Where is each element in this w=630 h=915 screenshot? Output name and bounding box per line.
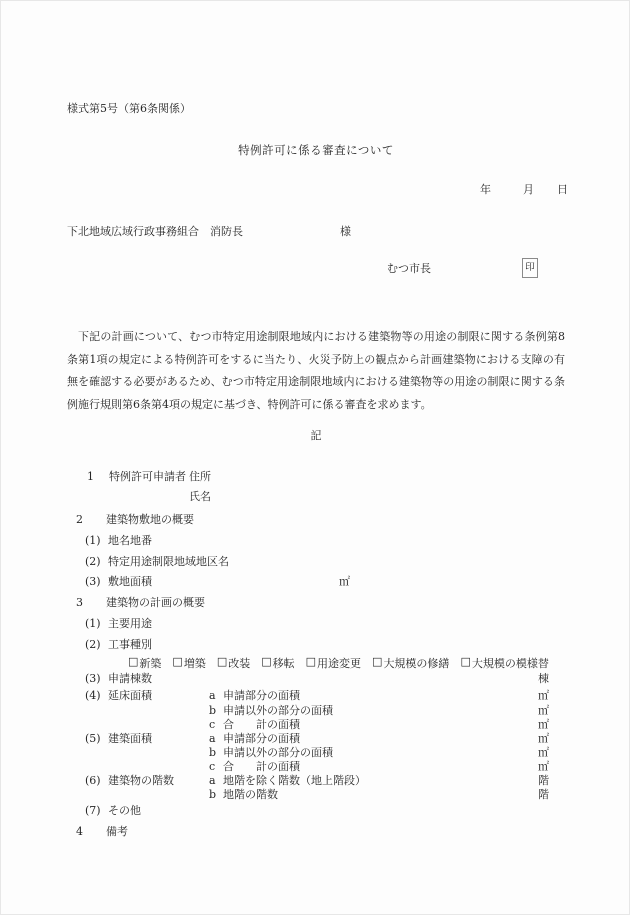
row-key: b <box>209 746 216 760</box>
checkbox-zouchiku-icon[interactable]: □ <box>172 655 182 671</box>
building-count-unit: 棟 <box>538 672 549 686</box>
row-label: 申請部分の面積 <box>223 689 300 703</box>
checkbox-iten-icon[interactable]: □ <box>261 655 271 671</box>
applicant-name-label: 氏名 <box>189 490 211 504</box>
site-lot-label: 地名地番 <box>108 534 152 548</box>
row-key: a <box>209 689 216 703</box>
row-key: a <box>209 774 216 788</box>
site-area-label: 敷地面積 <box>108 575 152 589</box>
row-label: 地階を除く階数（地上階段） <box>223 774 366 788</box>
page-title: 特例許可に係る審査について <box>1 143 630 157</box>
addressee-honorific: 様 <box>340 225 351 239</box>
other-label: その他 <box>108 804 141 818</box>
addressee-organization: 下北地域広域行政事務組合 消防長 <box>67 225 243 239</box>
row-label: 申請以外の部分の面積 <box>223 704 333 718</box>
body-paragraph: 下記の計画について、むつ市特定用途制限地域内における建築物等の用途の制限に関する… <box>67 326 565 416</box>
row-label: 合 計の面積 <box>223 718 300 732</box>
building-count-label: 申請棟数 <box>108 672 152 686</box>
row-unit: ㎡ <box>538 732 549 746</box>
row-unit: ㎡ <box>538 689 549 703</box>
applicant-address-label: 住所 <box>189 470 211 484</box>
seal-label: 印 <box>525 263 535 273</box>
checkbox-youtohenkou-icon[interactable]: □ <box>306 655 316 671</box>
sub-item-number: (5) <box>85 732 101 746</box>
work-type-label: 工事種別 <box>108 638 152 652</box>
section-3-label: 建築物の計画の概要 <box>106 596 205 610</box>
sender-title: むつ市長 <box>387 262 431 276</box>
work-type-option: □ 増築 <box>172 655 205 671</box>
form-number: 様式第5号（第6条関係） <box>67 102 191 116</box>
row-unit: 階 <box>538 774 549 788</box>
building-area-label: 建築面積 <box>108 732 152 746</box>
sub-item-number: (2) <box>85 555 101 569</box>
row-key: c <box>209 760 215 774</box>
row-unit: ㎡ <box>538 704 549 718</box>
record-marker: 記 <box>1 429 630 443</box>
section-1-number: 1 <box>87 470 94 484</box>
checkbox-kaisou-icon[interactable]: □ <box>217 655 227 671</box>
date-year-label: 年 <box>480 183 491 197</box>
work-type-option: □ 改装 <box>217 655 250 671</box>
sub-item-number: (3) <box>85 672 101 686</box>
row-unit: ㎡ <box>538 718 549 732</box>
section-3-number: 3 <box>76 596 83 610</box>
main-use-label: 主要用途 <box>108 617 152 631</box>
site-area-unit: ㎡ <box>339 575 350 589</box>
row-unit: ㎡ <box>538 760 549 774</box>
seal-box: 印 <box>522 258 538 278</box>
checkbox-daikibo-shuuzen-icon[interactable]: □ <box>372 655 382 671</box>
row-key: a <box>209 732 216 746</box>
row-label: 申請部分の面積 <box>223 732 300 746</box>
floor-area-label: 延床面積 <box>108 689 152 703</box>
checkbox-kaisou-label: 改装 <box>228 655 250 671</box>
row-unit: 階 <box>538 788 549 802</box>
sub-item-number: (3) <box>85 575 101 589</box>
date-month-label: 月 <box>523 183 534 197</box>
checkbox-daikibo-moyougae-label: 大規模の模様替 <box>472 655 549 671</box>
checkbox-iten-label: 移転 <box>273 655 295 671</box>
sub-item-number: (7) <box>85 804 101 818</box>
district-name-label: 特定用途制限地域地区名 <box>108 555 229 569</box>
row-label: 申請以外の部分の面積 <box>223 746 333 760</box>
work-type-option: □ 大規模の修繕 <box>372 655 449 671</box>
checkbox-youtohenkou-label: 用途変更 <box>317 655 361 671</box>
row-key: c <box>209 718 215 732</box>
date-day-label: 日 <box>557 183 568 197</box>
work-type-options: □ 新築 □ 増築 □ 改装 □ 移転 □ 用途変更 □ 大規模の修繕 □ 大規… <box>128 655 549 671</box>
checkbox-shinchiku-label: 新築 <box>139 655 161 671</box>
storey-count-label: 建築物の階数 <box>108 774 174 788</box>
sub-item-number: (1) <box>85 617 101 631</box>
section-2-number: 2 <box>76 513 83 527</box>
work-type-option: □ 新築 <box>128 655 161 671</box>
remarks-label: 備考 <box>106 825 128 839</box>
row-unit: ㎡ <box>538 746 549 760</box>
work-type-option: □ 大規模の模様替 <box>460 655 548 671</box>
row-key: b <box>209 704 216 718</box>
row-key: b <box>209 788 216 802</box>
document-page: 様式第5号（第6条関係） 特例許可に係る審査について 年 月 日 下北地域広域行… <box>0 0 630 915</box>
sub-item-number: (6) <box>85 774 101 788</box>
checkbox-daikibo-moyougae-icon[interactable]: □ <box>460 655 470 671</box>
sub-item-number: (4) <box>85 689 101 703</box>
row-label: 合 計の面積 <box>223 760 300 774</box>
section-1-label: 特例許可申請者 <box>109 470 186 484</box>
checkbox-daikibo-shuuzen-label: 大規模の修繕 <box>383 655 449 671</box>
work-type-option: □ 移転 <box>261 655 294 671</box>
row-label: 地階の階数 <box>223 788 278 802</box>
section-2-label: 建築物敷地の概要 <box>106 513 194 527</box>
sub-item-number: (1) <box>85 534 101 548</box>
checkbox-shinchiku-icon[interactable]: □ <box>128 655 138 671</box>
section-4-number: 4 <box>76 825 83 839</box>
work-type-option: □ 用途変更 <box>306 655 361 671</box>
checkbox-zouchiku-label: 増築 <box>184 655 206 671</box>
sub-item-number: (2) <box>85 638 101 652</box>
